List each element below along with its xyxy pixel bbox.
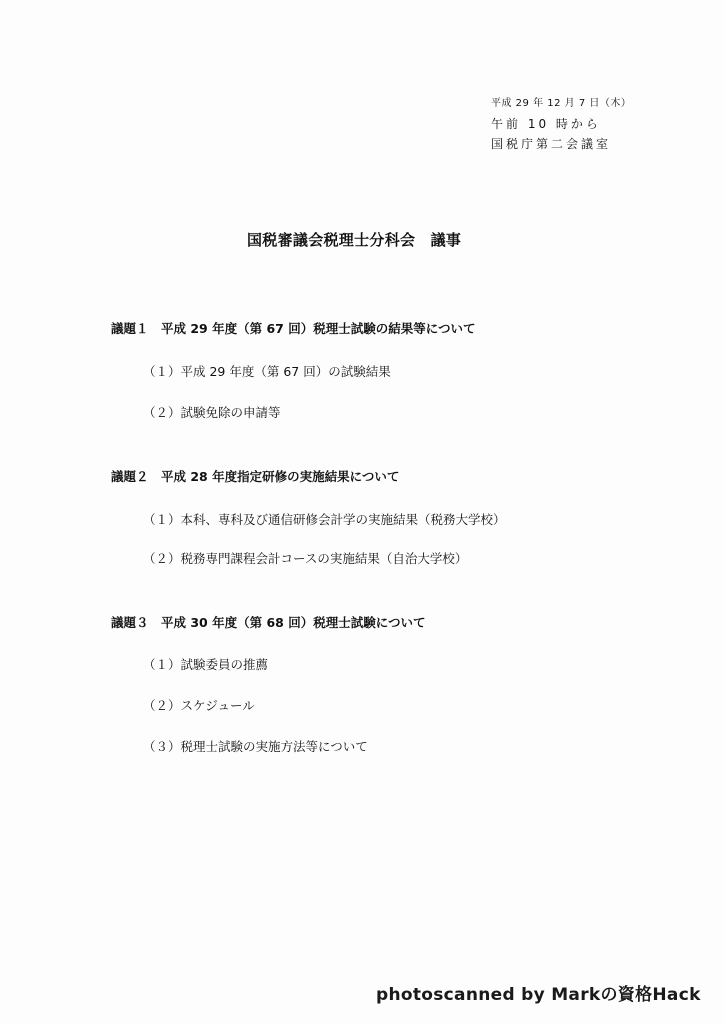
agenda-item: （２）税務専門課程会計コースの実施結果（自治大学校） [143,549,467,567]
scan-watermark: photoscanned by Markの資格Hack [376,980,701,1005]
agenda-item: （１）試験委員の推薦 [143,655,268,673]
meeting-info: 平成 29 年 12 月 7 日（木） 午前 10 時から 国税庁第二会議室 [491,94,631,154]
meeting-date: 平成 29 年 12 月 7 日（木） [491,94,631,114]
meeting-place: 国税庁第二会議室 [491,134,631,154]
agenda-item: （１）平成 29 年度（第 67 回）の試験結果 [143,362,391,380]
agenda-item: （２）試験免除の申請等 [143,403,281,421]
document-page: 平成 29 年 12 月 7 日（木） 午前 10 時から 国税庁第二会議室 国… [0,0,724,1024]
agenda-item: （３）税理士試験の実施方法等について [143,737,368,755]
agenda-heading-3: 議題３ 平成 30 年度（第 68 回）税理士試験について [111,613,425,631]
meeting-time: 午前 10 時から [491,114,631,134]
agenda-item: （１）本科、専科及び通信研修会計学の実施結果（税務大学校） [143,510,506,528]
agenda-item: （２）スケジュール [143,696,255,714]
document-title: 国税審議会税理士分科会 議事 [247,229,461,250]
agenda-heading-1: 議題１ 平成 29 年度（第 67 回）税理士試験の結果等について [111,319,475,337]
agenda-heading-2: 議題２ 平成 28 年度指定研修の実施結果について [111,467,399,485]
